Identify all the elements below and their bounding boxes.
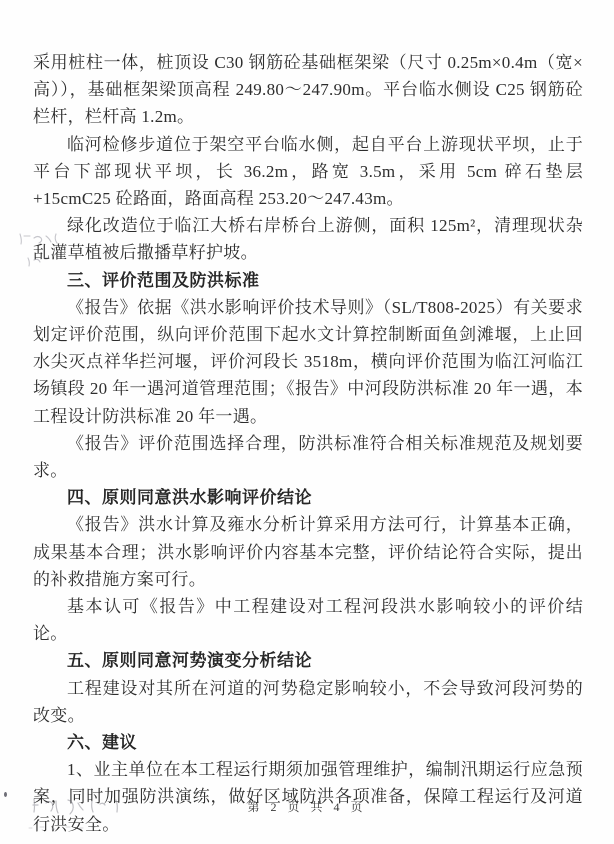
scan-speck [4, 792, 7, 797]
section-heading-6: 六、建议 [33, 729, 583, 756]
paragraph: 临河检修步道位于架空平台临水侧，起自平台上游现状平坝，止于平台下部现状平坝，长 … [33, 131, 583, 213]
paragraph: 绿化改造位于临江大桥右岸桥台上游侧，面积 125m²，清理现状杂乱灌草植被后撒播… [33, 212, 583, 266]
scan-speck [46, 52, 48, 54]
paragraph: 采用桩柱一体，桩顶设 C30 钢筋砼基础框架梁（尺寸 0.25m×0.4m（宽×… [33, 49, 583, 131]
paragraph: 《报告》评价范围选择合理，防洪标准符合相关标准规范及规划要求。 [33, 430, 583, 484]
handwriting-mark-icon [26, 822, 98, 834]
paragraph: 《报告》依据《洪水影响评价技术导则》（SL/T808-2025）有关要求划定评价… [33, 294, 583, 430]
section-heading-3: 三、评价范围及防洪标准 [33, 267, 583, 294]
scanned-document-page: 采用桩柱一体，桩顶设 C30 钢筋砼基础框架梁（尺寸 0.25m×0.4m（宽×… [0, 0, 614, 844]
section-heading-5: 五、原则同意河势演变分析结论 [33, 647, 583, 674]
paragraph: 《报告》洪水计算及雍水分析计算采用方法可行，计算基本正确，成果基本合理；洪水影响… [33, 511, 583, 593]
paragraph: 工程建设对其所在河道的河势稳定影响较小，不会导致河段河势的改变。 [33, 675, 583, 729]
document-body: 采用桩柱一体，桩顶设 C30 钢筋砼基础框架梁（尺寸 0.25m×0.4m（宽×… [33, 49, 583, 838]
handwriting-mark-icon [16, 228, 68, 272]
page-number-footer: 第 2 页 共 4 页 [0, 798, 614, 815]
paragraph: 基本认可《报告》中工程建设对工程河段洪水影响较小的评价结论。 [33, 593, 583, 647]
section-heading-4: 四、原则同意洪水影响评价结论 [33, 484, 583, 511]
